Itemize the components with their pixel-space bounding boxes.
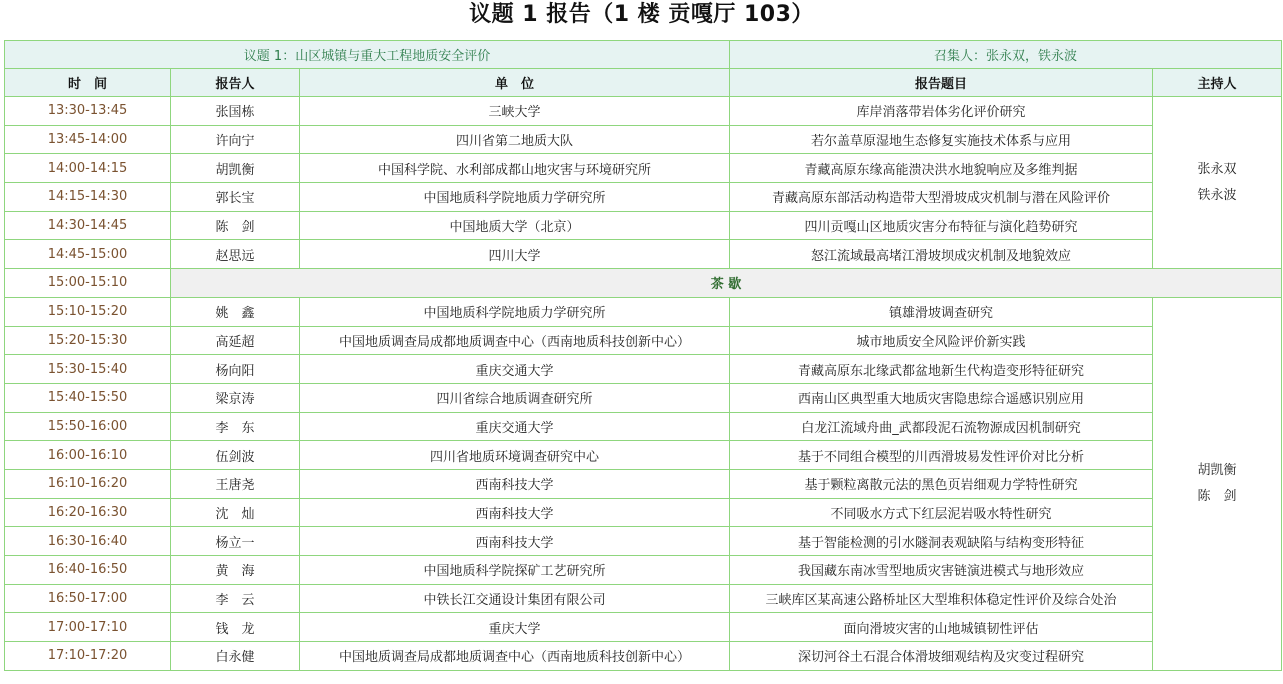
break-label: 茶 歇 [171, 269, 1282, 298]
time-cell: 15:50-16:00 [5, 412, 171, 441]
unit-cell: 中铁长江交通设计集团有限公司 [300, 584, 730, 613]
time-cell: 14:30-14:45 [5, 211, 171, 240]
unit-cell: 中国地质科学院地质力学研究所 [300, 183, 730, 212]
time-cell: 16:50-17:00 [5, 584, 171, 613]
column-header-speaker: 报告人 [171, 69, 300, 97]
speaker-cell: 杨向阳 [171, 355, 300, 384]
title-cell: 库岸消落带岩体劣化评价研究 [730, 97, 1153, 126]
unit-cell: 四川大学 [300, 240, 730, 269]
unit-cell: 中国科学院、水利部成都山地灾害与环境研究所 [300, 154, 730, 183]
table-row: 14:30-14:45陈 剑中国地质大学（北京）四川贡嘎山区地质灾害分布特征与演… [5, 211, 1282, 240]
time-cell: 17:10-17:20 [5, 642, 171, 671]
unit-cell: 三峡大学 [300, 97, 730, 126]
session-topic: 议题 1：山区城镇与重大工程地质安全评价 [5, 41, 730, 69]
unit-cell: 中国地质科学院地质力学研究所 [300, 297, 730, 326]
table-row: 16:30-16:40杨立一西南科技大学基于智能检测的引水隧洞表观缺陷与结构变形… [5, 527, 1282, 556]
title-cell: 青藏高原东部活动构造带大型滑坡成灾机制与潜在风险评价 [730, 183, 1153, 212]
host-cell: 胡凯衡陈 剑 [1153, 297, 1282, 670]
speaker-cell: 沈 灿 [171, 498, 300, 527]
time-cell: 16:10-16:20 [5, 469, 171, 498]
time-cell: 16:00-16:10 [5, 441, 171, 470]
time-cell: 17:00-17:10 [5, 613, 171, 642]
column-header-row: 时 间 报告人 单 位 报告题目 主持人 [5, 69, 1282, 97]
session-conveners: 召集人：张永双，铁永波 [730, 41, 1282, 69]
title-cell: 深切河谷土石混合体滑坡细观结构及灾变过程研究 [730, 642, 1153, 671]
column-header-time: 时 间 [5, 69, 171, 97]
title-cell: 面向滑坡灾害的山地城镇韧性评估 [730, 613, 1153, 642]
schedule-table: 议题 1：山区城镇与重大工程地质安全评价 召集人：张永双，铁永波 时 间 报告人… [4, 40, 1282, 671]
host-name: 陈 剑 [1153, 484, 1281, 510]
unit-cell: 重庆交通大学 [300, 412, 730, 441]
table-row: 16:00-16:10伍剑波四川省地质环境调查研究中心基于不同组合模型的川西滑坡… [5, 441, 1282, 470]
speaker-cell: 陈 剑 [171, 211, 300, 240]
speaker-cell: 李 云 [171, 584, 300, 613]
time-cell: 14:15-14:30 [5, 183, 171, 212]
speaker-cell: 伍剑波 [171, 441, 300, 470]
unit-cell: 重庆大学 [300, 613, 730, 642]
table-row: 15:50-16:00李 东重庆交通大学白龙江流域舟曲_武都段泥石流物源成因机制… [5, 412, 1282, 441]
host-cell: 张永双铁永波 [1153, 97, 1282, 269]
unit-cell: 中国地质调查局成都地质调查中心（西南地质科技创新中心） [300, 642, 730, 671]
page-title: 议题 1 报告（1 楼 贡嘎厅 103） [0, 0, 1283, 34]
speaker-cell: 高延超 [171, 326, 300, 355]
speaker-cell: 赵思远 [171, 240, 300, 269]
table-row: 16:40-16:50黄 海中国地质科学院探矿工艺研究所我国藏东南冰雪型地质灾害… [5, 556, 1282, 585]
title-cell: 怒江流域最高堵江滑坡坝成灾机制及地貌效应 [730, 240, 1153, 269]
table-row: 16:20-16:30沈 灿西南科技大学不同吸水方式下红层泥岩吸水特性研究 [5, 498, 1282, 527]
title-cell: 四川贡嘎山区地质灾害分布特征与演化趋势研究 [730, 211, 1153, 240]
speaker-cell: 王唐尧 [171, 469, 300, 498]
unit-cell: 西南科技大学 [300, 469, 730, 498]
speaker-cell: 张国栋 [171, 97, 300, 126]
column-header-host: 主持人 [1153, 69, 1282, 97]
time-cell: 14:45-15:00 [5, 240, 171, 269]
time-cell: 15:10-15:20 [5, 297, 171, 326]
table-row: 16:50-17:00李 云中铁长江交通设计集团有限公司三峡库区某高速公路桥址区… [5, 584, 1282, 613]
unit-cell: 中国地质大学（北京） [300, 211, 730, 240]
table-row: 13:45-14:00许向宁四川省第二地质大队若尔盖草原湿地生态修复实施技术体系… [5, 125, 1282, 154]
host-name: 张永双 [1153, 157, 1281, 183]
table-row: 15:40-15:50梁京涛四川省综合地质调查研究所西南山区典型重大地质灾害隐患… [5, 383, 1282, 412]
speaker-cell: 李 东 [171, 412, 300, 441]
table-row: 15:30-15:40杨向阳重庆交通大学青藏高原东北缘武都盆地新生代构造变形特征… [5, 355, 1282, 384]
speaker-cell: 黄 海 [171, 556, 300, 585]
time-cell: 15:00-15:10 [5, 269, 171, 298]
speaker-cell: 胡凯衡 [171, 154, 300, 183]
title-cell: 白龙江流域舟曲_武都段泥石流物源成因机制研究 [730, 412, 1153, 441]
speaker-cell: 白永健 [171, 642, 300, 671]
unit-cell: 四川省地质环境调查研究中心 [300, 441, 730, 470]
title-cell: 三峡库区某高速公路桥址区大型堆积体稳定性评价及综合处治 [730, 584, 1153, 613]
time-cell: 13:45-14:00 [5, 125, 171, 154]
title-cell: 不同吸水方式下红层泥岩吸水特性研究 [730, 498, 1153, 527]
title-cell: 基于智能检测的引水隧洞表观缺陷与结构变形特征 [730, 527, 1153, 556]
unit-cell: 中国地质调查局成都地质调查中心（西南地质科技创新中心） [300, 326, 730, 355]
time-cell: 16:20-16:30 [5, 498, 171, 527]
table-row: 14:00-14:15胡凯衡中国科学院、水利部成都山地灾害与环境研究所青藏高原东… [5, 154, 1282, 183]
title-cell: 镇雄滑坡调查研究 [730, 297, 1153, 326]
speaker-cell: 郭长宝 [171, 183, 300, 212]
table-row: 17:00-17:10钱 龙重庆大学面向滑坡灾害的山地城镇韧性评估 [5, 613, 1282, 642]
table-row: 14:15-14:30郭长宝中国地质科学院地质力学研究所青藏高原东部活动构造带大… [5, 183, 1282, 212]
title-cell: 青藏高原东缘高能溃决洪水地貌响应及多维判据 [730, 154, 1153, 183]
break-row: 15:00-15:10茶 歇 [5, 269, 1282, 298]
title-cell: 若尔盖草原湿地生态修复实施技术体系与应用 [730, 125, 1153, 154]
title-cell: 西南山区典型重大地质灾害隐患综合遥感识别应用 [730, 383, 1153, 412]
title-cell: 基于颗粒离散元法的黑色页岩细观力学特性研究 [730, 469, 1153, 498]
title-cell: 我国藏东南冰雪型地质灾害链演进模式与地形效应 [730, 556, 1153, 585]
time-cell: 16:30-16:40 [5, 527, 171, 556]
speaker-cell: 许向宁 [171, 125, 300, 154]
unit-cell: 西南科技大学 [300, 498, 730, 527]
time-cell: 15:40-15:50 [5, 383, 171, 412]
title-cell: 基于不同组合模型的川西滑坡易发性评价对比分析 [730, 441, 1153, 470]
host-name: 胡凯衡 [1153, 458, 1281, 484]
unit-cell: 中国地质科学院探矿工艺研究所 [300, 556, 730, 585]
schedule-body: 13:30-13:45张国栋三峡大学库岸消落带岩体劣化评价研究张永双铁永波13:… [5, 97, 1282, 671]
title-cell: 青藏高原东北缘武都盆地新生代构造变形特征研究 [730, 355, 1153, 384]
host-name: 铁永波 [1153, 183, 1281, 209]
table-row: 15:20-15:30高延超中国地质调查局成都地质调查中心（西南地质科技创新中心… [5, 326, 1282, 355]
session-header-row: 议题 1：山区城镇与重大工程地质安全评价 召集人：张永双，铁永波 [5, 41, 1282, 69]
speaker-cell: 姚 鑫 [171, 297, 300, 326]
column-header-title: 报告题目 [730, 69, 1153, 97]
table-row: 14:45-15:00赵思远四川大学怒江流域最高堵江滑坡坝成灾机制及地貌效应 [5, 240, 1282, 269]
table-row: 13:30-13:45张国栋三峡大学库岸消落带岩体劣化评价研究张永双铁永波 [5, 97, 1282, 126]
unit-cell: 重庆交通大学 [300, 355, 730, 384]
title-cell: 城市地质安全风险评价新实践 [730, 326, 1153, 355]
column-header-unit: 单 位 [300, 69, 730, 97]
unit-cell: 四川省综合地质调查研究所 [300, 383, 730, 412]
table-row: 17:10-17:20白永健中国地质调查局成都地质调查中心（西南地质科技创新中心… [5, 642, 1282, 671]
time-cell: 13:30-13:45 [5, 97, 171, 126]
time-cell: 15:20-15:30 [5, 326, 171, 355]
time-cell: 14:00-14:15 [5, 154, 171, 183]
table-row: 15:10-15:20姚 鑫中国地质科学院地质力学研究所镇雄滑坡调查研究胡凯衡陈… [5, 297, 1282, 326]
time-cell: 16:40-16:50 [5, 556, 171, 585]
table-row: 16:10-16:20王唐尧西南科技大学基于颗粒离散元法的黑色页岩细观力学特性研… [5, 469, 1282, 498]
speaker-cell: 钱 龙 [171, 613, 300, 642]
speaker-cell: 杨立一 [171, 527, 300, 556]
unit-cell: 西南科技大学 [300, 527, 730, 556]
time-cell: 15:30-15:40 [5, 355, 171, 384]
unit-cell: 四川省第二地质大队 [300, 125, 730, 154]
speaker-cell: 梁京涛 [171, 383, 300, 412]
